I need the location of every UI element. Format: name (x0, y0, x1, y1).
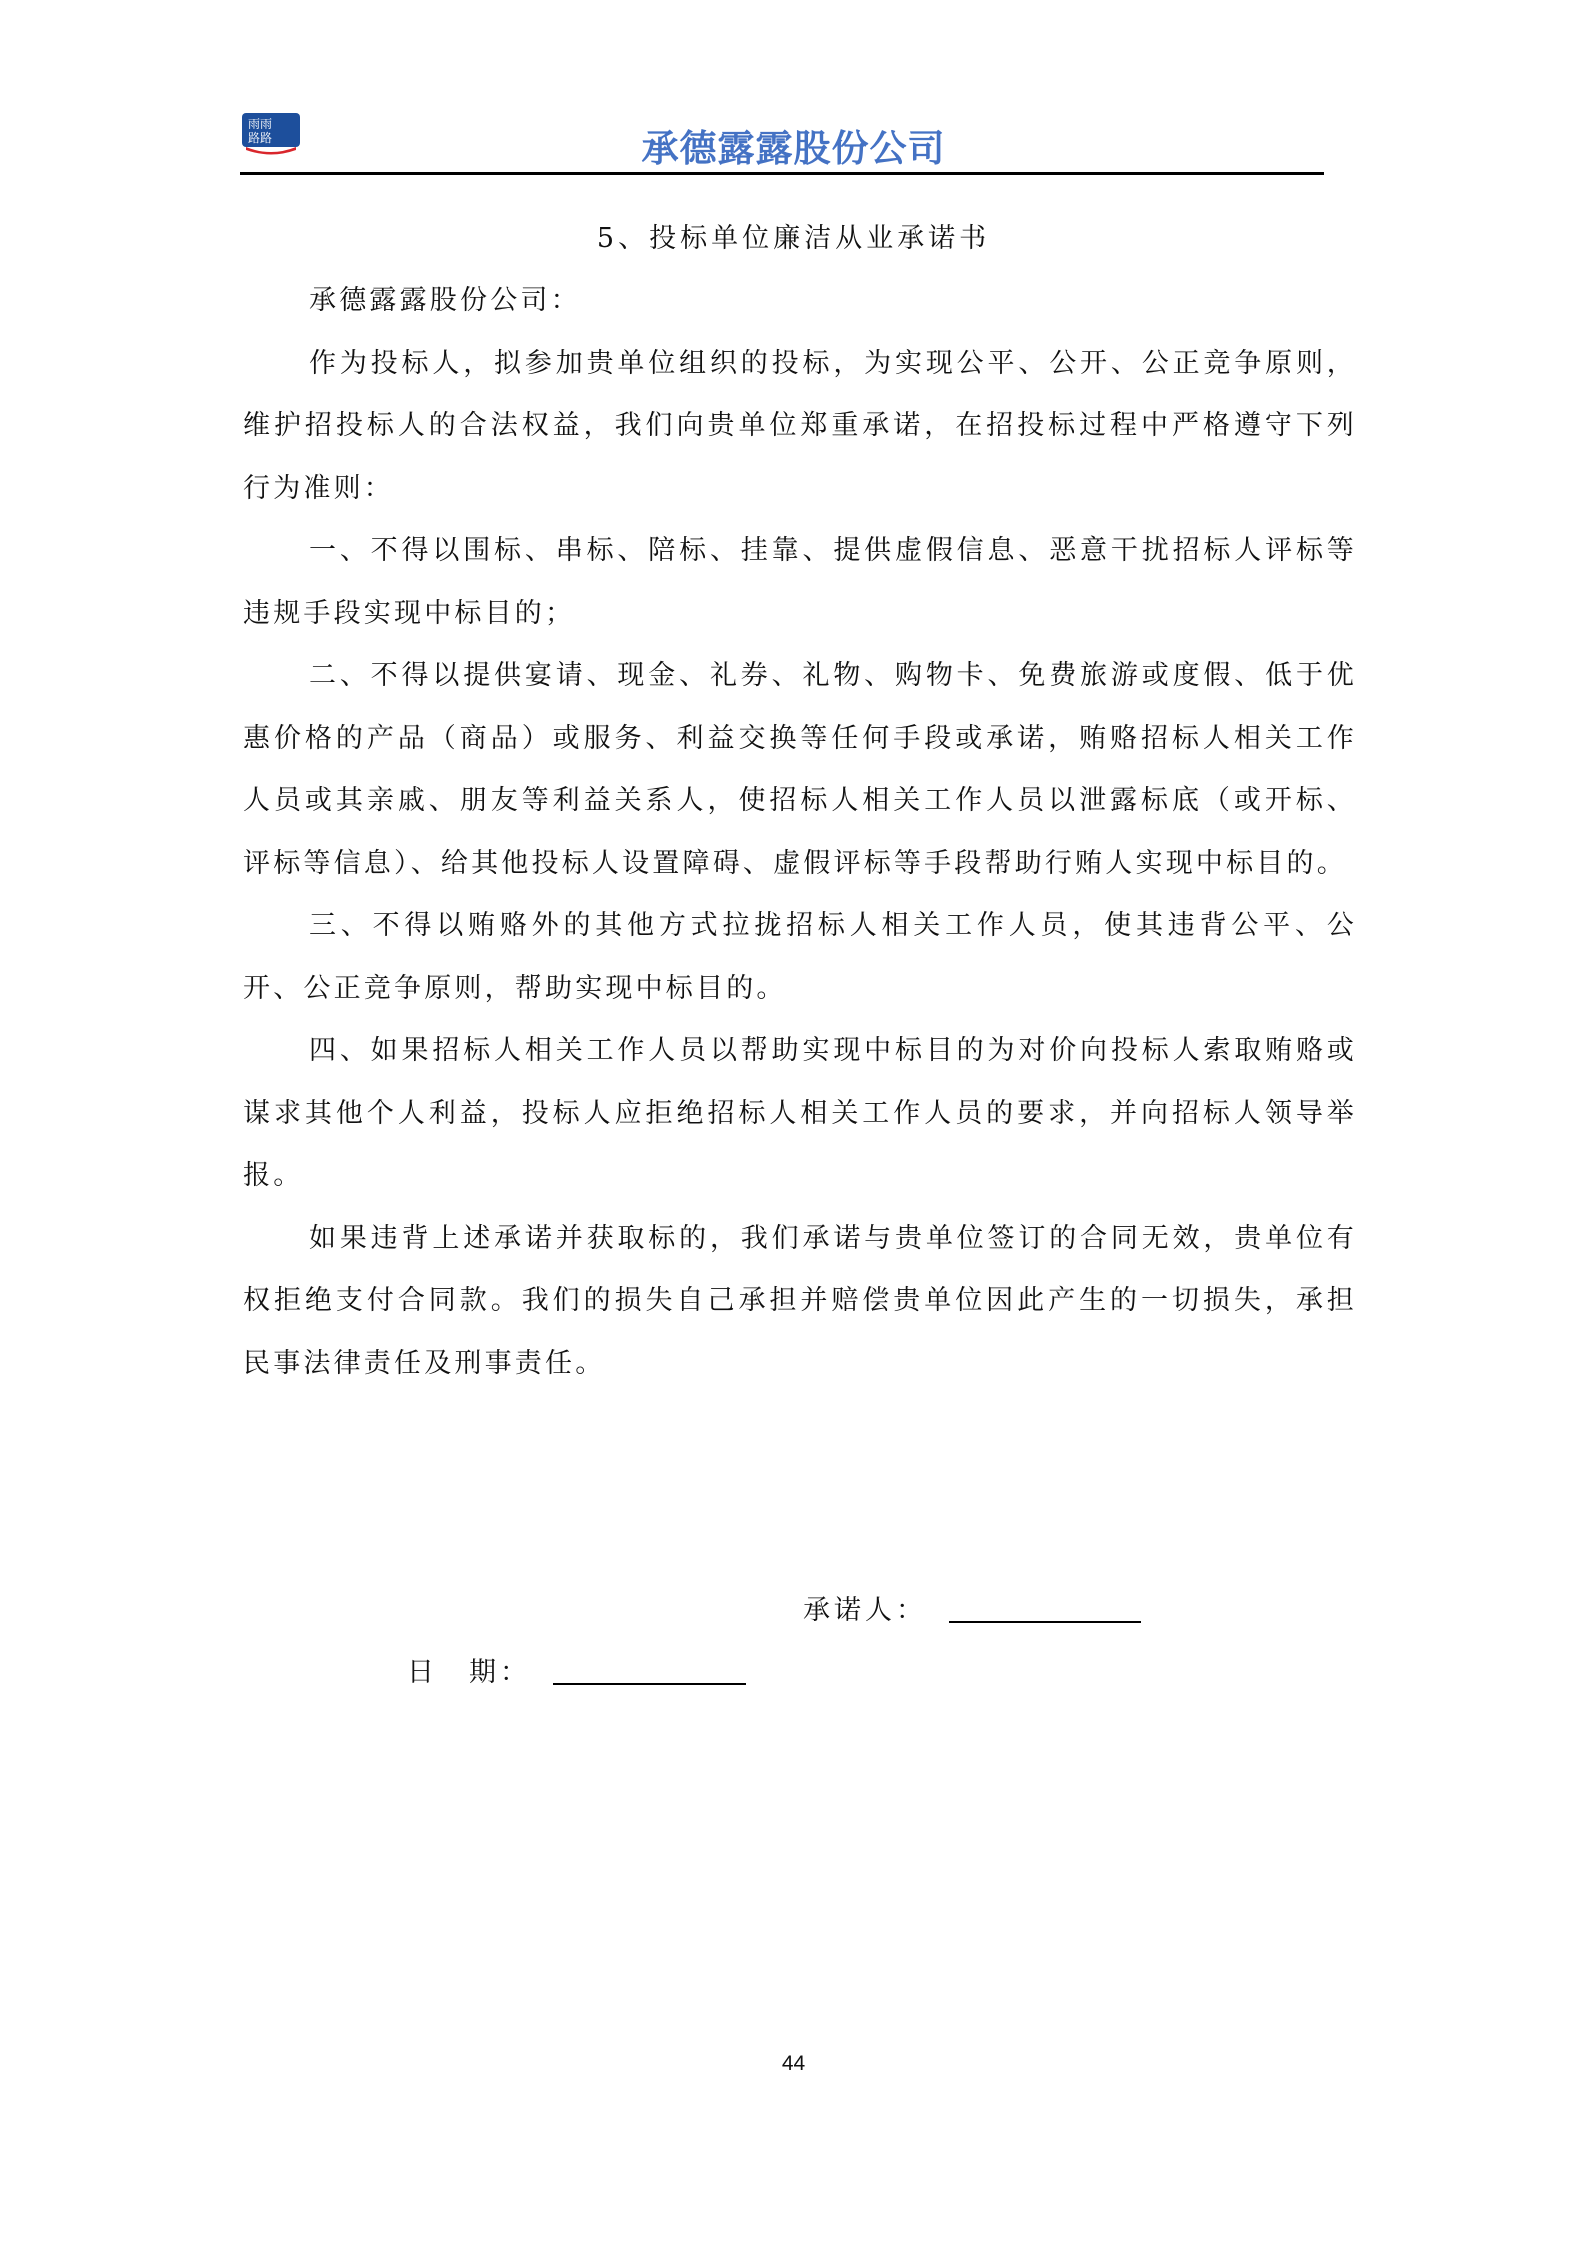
document-title: 5、投标单位廉洁从业承诺书 (0, 216, 1587, 255)
paragraph-rule-1: 一、不得以围标、串标、陪标、挂靠、提供虚假信息、恶意干扰招标人评标等违规手段实现… (243, 520, 1357, 645)
paragraph-rule-3: 三、不得以贿赂外的其他方式拉拢招标人相关工作人员，使其违背公平、公开、公正竞争原… (243, 895, 1357, 1020)
promisor-signature-line[interactable] (949, 1621, 1141, 1623)
promisor-label: 承诺人： (803, 1588, 927, 1627)
paragraph-rule-2: 二、不得以提供宴请、现金、礼券、礼物、购物卡、免费旅游或度假、低于优惠价格的产品… (243, 645, 1357, 895)
paragraph-intro: 作为投标人，拟参加贵单位组织的投标，为实现公平、公开、公正竞争原则，维护招投标人… (243, 333, 1357, 521)
header-divider (240, 172, 1324, 175)
salutation: 承德露露股份公司： (243, 270, 1357, 333)
page-number: 44 (0, 2052, 1587, 2076)
company-name-header: 承德露露股份公司 (0, 118, 1587, 172)
date-label: 日 期： (407, 1650, 531, 1689)
document-body: 承德露露股份公司： 作为投标人，拟参加贵单位组织的投标，为实现公平、公开、公正竞… (243, 270, 1357, 1395)
paragraph-rule-4: 四、如果招标人相关工作人员以帮助实现中标目的为对价向投标人索取贿赂或谋求其他个人… (243, 1020, 1357, 1208)
promisor-signature-row: 承诺人： (803, 1588, 1141, 1627)
date-signature-row: 日 期： (407, 1650, 746, 1689)
paragraph-liability: 如果违背上述承诺并获取标的，我们承诺与贵单位签订的合同无效，贵单位有权拒绝支付合… (243, 1208, 1357, 1396)
date-signature-line[interactable] (553, 1683, 746, 1685)
